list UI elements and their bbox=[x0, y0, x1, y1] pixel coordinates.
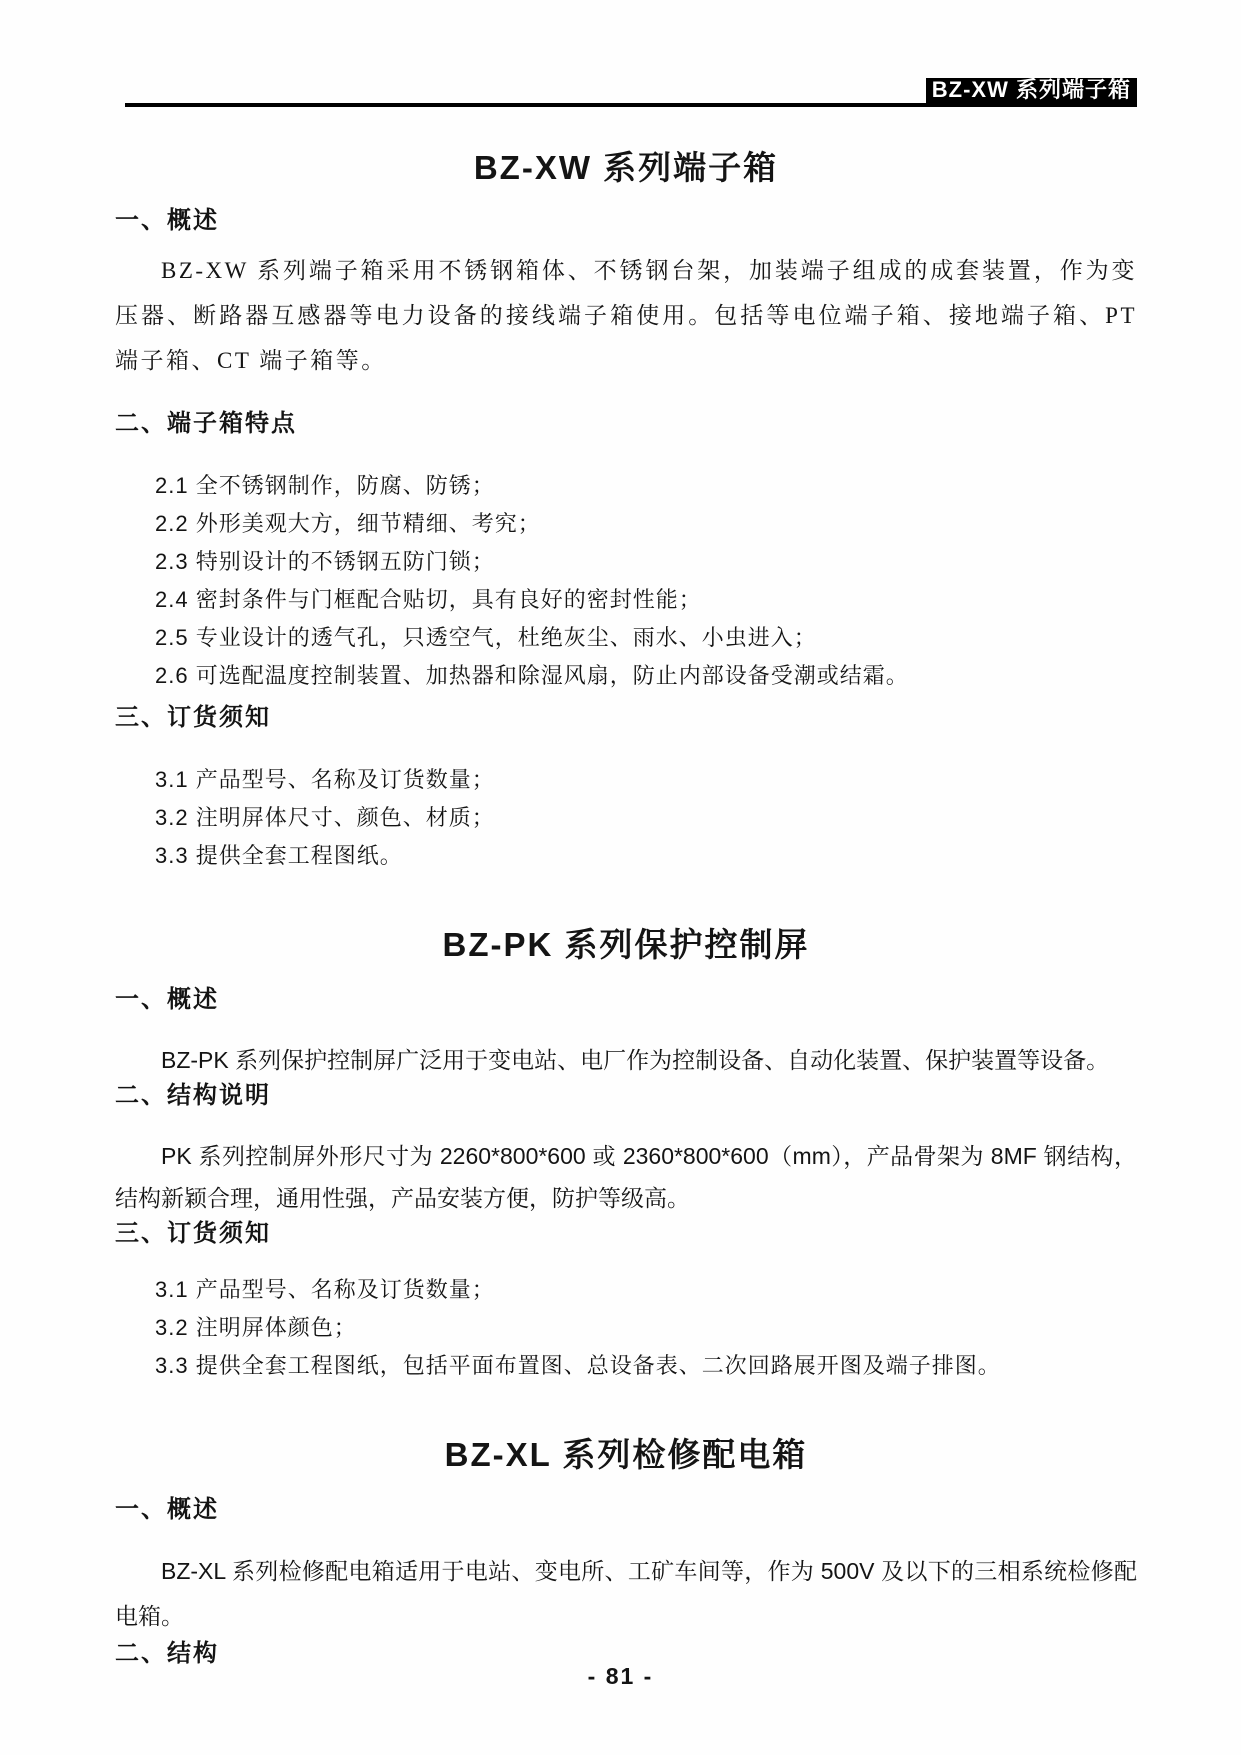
section2-overview-heading: 一、概述 bbox=[115, 985, 1137, 1015]
section1-order-list: 3.1 产品型号、名称及订货数量； 3.2 注明屏体尺寸、颜色、材质； 3.3 … bbox=[115, 761, 1137, 875]
section1-title: BZ-XW 系列端子箱 bbox=[115, 148, 1137, 188]
section2-order-heading: 三、订货须知 bbox=[115, 1219, 1137, 1249]
order-item: 3.1 产品型号、名称及订货数量； bbox=[155, 761, 1137, 799]
section2-structure-heading: 二、结构说明 bbox=[115, 1081, 1137, 1111]
section2-order-list: 3.1 产品型号、名称及订货数量； 3.2 注明屏体颜色； 3.3 提供全套工程… bbox=[115, 1271, 1137, 1385]
order-item: 3.2 注明屏体尺寸、颜色、材质； bbox=[155, 799, 1137, 837]
feature-item: 2.5 专业设计的透气孔，只透空气，杜绝灰尘、雨水、小虫进入； bbox=[155, 619, 1137, 657]
section2-structure-paragraph: PK 系列控制屏外形尺寸为 2260*800*600 或 2360*800*60… bbox=[115, 1135, 1137, 1219]
feature-item: 2.2 外形美观大方，细节精细、考究； bbox=[155, 505, 1137, 543]
section1-overview-paragraph: BZ-XW 系列端子箱采用不锈钢箱体、不锈钢台架，加装端子组成的成套装置，作为变… bbox=[115, 248, 1137, 383]
order-item: 3.2 注明屏体颜色； bbox=[155, 1309, 1137, 1347]
feature-item: 2.1 全不锈钢制作，防腐、防锈； bbox=[155, 467, 1137, 505]
feature-item: 2.3 特别设计的不锈钢五防门锁； bbox=[155, 543, 1137, 581]
section1-feature-list: 2.1 全不锈钢制作，防腐、防锈； 2.2 外形美观大方，细节精细、考究； 2.… bbox=[115, 467, 1137, 695]
running-header-badge: BZ-XW 系列端子箱 bbox=[926, 78, 1137, 103]
feature-item: 2.4 密封条件与门框配合贴切，具有良好的密封性能； bbox=[155, 581, 1137, 619]
section1-features-heading: 二、端子箱特点 bbox=[115, 409, 1137, 439]
section1-overview-heading: 一、概述 bbox=[115, 206, 1137, 236]
page-content: BZ-XW 系列端子箱 一、概述 BZ-XW 系列端子箱采用不锈钢箱体、不锈钢台… bbox=[115, 104, 1137, 1669]
document-page: BZ-XW 系列端子箱 BZ-XW 系列端子箱 一、概述 BZ-XW 系列端子箱… bbox=[0, 0, 1241, 1755]
section2-title: BZ-PK 系列保护控制屏 bbox=[115, 925, 1137, 965]
page-number: - 81 - bbox=[0, 1663, 1241, 1690]
section3-overview-paragraph: BZ-XL 系列检修配电箱适用于电站、变电所、工矿车间等，作为 500V 及以下… bbox=[115, 1549, 1137, 1639]
header-rule: BZ-XW 系列端子箱 bbox=[125, 0, 1137, 107]
section1-order-heading: 三、订货须知 bbox=[115, 703, 1137, 733]
order-item: 3.3 提供全套工程图纸。 bbox=[155, 837, 1137, 875]
order-item: 3.1 产品型号、名称及订货数量； bbox=[155, 1271, 1137, 1309]
section2-overview-paragraph: BZ-PK 系列保护控制屏广泛用于变电站、电厂作为控制设备、自动化装置、保护装置… bbox=[115, 1039, 1137, 1081]
feature-item: 2.6 可选配温度控制装置、加热器和除湿风扇，防止内部设备受潮或结霜。 bbox=[155, 657, 1137, 695]
order-item: 3.3 提供全套工程图纸，包括平面布置图、总设备表、二次回路展开图及端子排图。 bbox=[155, 1347, 1137, 1385]
section3-overview-heading: 一、概述 bbox=[115, 1495, 1137, 1525]
section3-title: BZ-XL 系列检修配电箱 bbox=[115, 1435, 1137, 1475]
